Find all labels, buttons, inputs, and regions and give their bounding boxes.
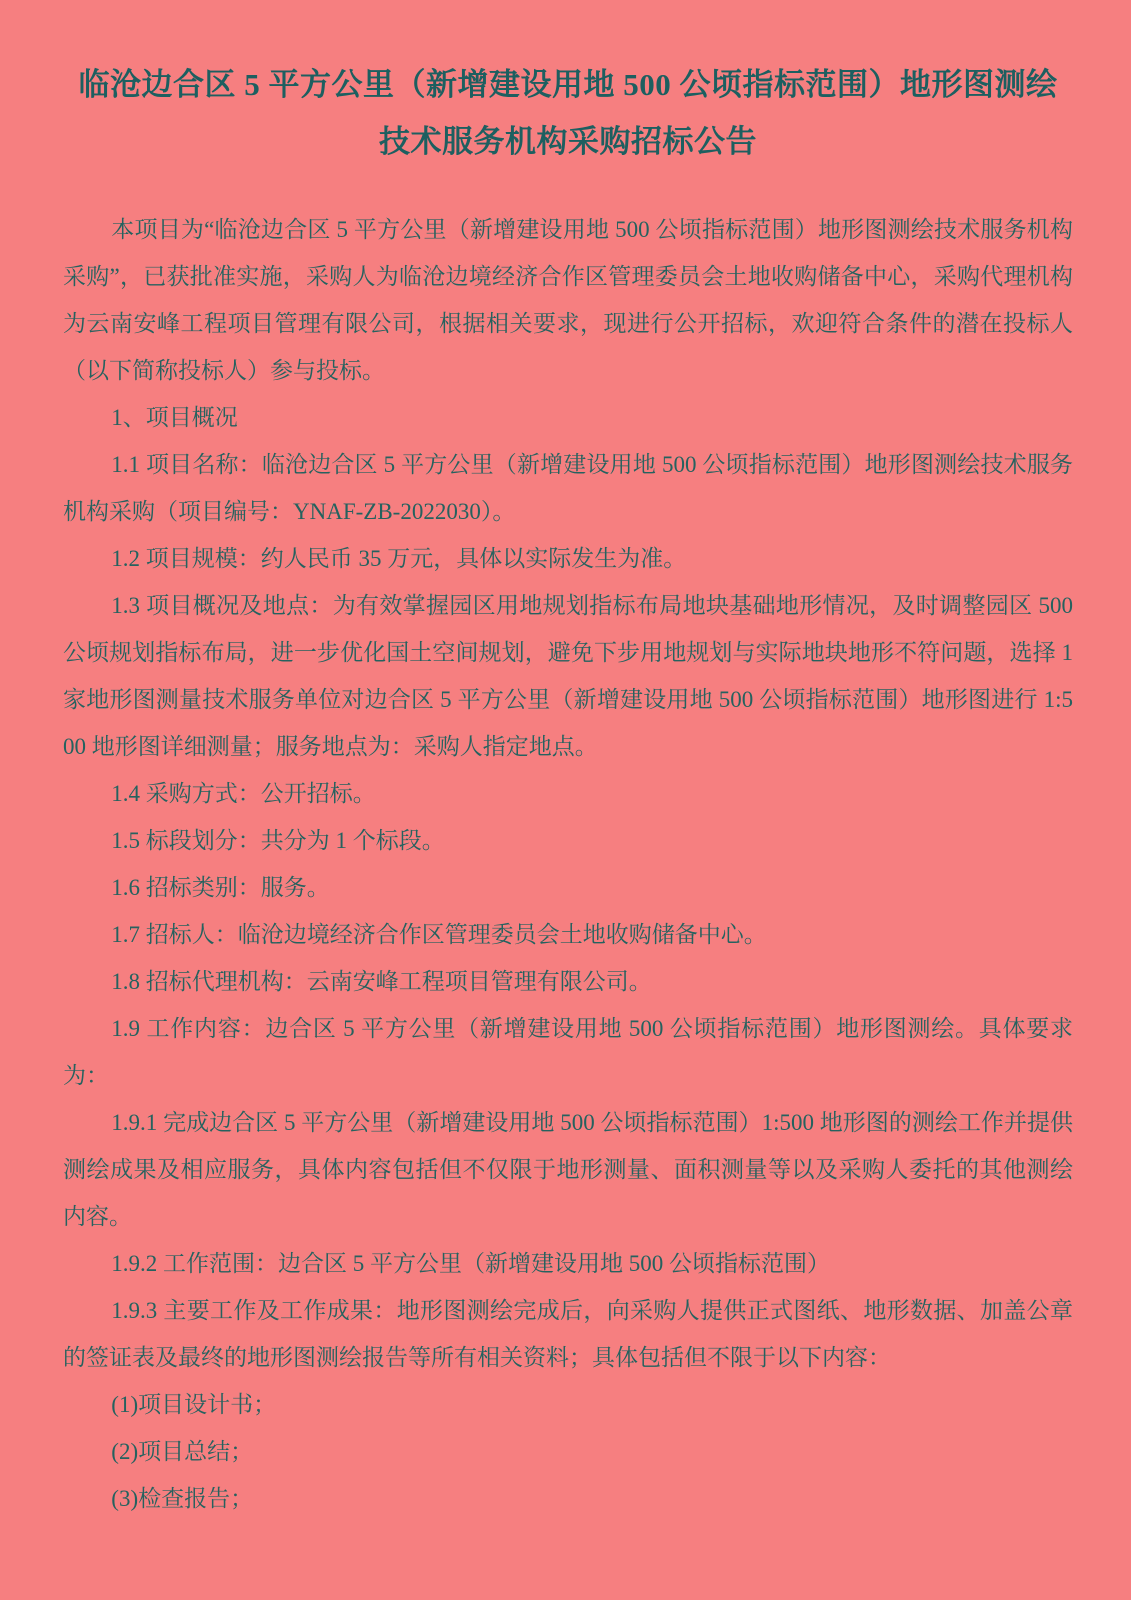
section-heading-overview: 1、项目概况 (63, 394, 1073, 441)
intro-paragraph: 本项目为“临沧边合区 5 平方公里（新增建设用地 500 公顷指标范围）地形图测… (63, 206, 1073, 394)
item-project-scale: 1.2 项目规模：约人民币 35 万元，具体以实际发生为准。 (63, 535, 1073, 582)
item-tender-agency: 1.8 招标代理机构：云南安峰工程项目管理有限公司。 (63, 958, 1073, 1005)
deliverable-project-summary: (2)项目总结； (63, 1428, 1073, 1475)
item-tender-category: 1.6 招标类别：服务。 (63, 864, 1073, 911)
item-tenderer: 1.7 招标人：临沧边境经济合作区管理委员会土地收购储备中心。 (63, 911, 1073, 958)
page-title: 临沧边合区 5 平方公里（新增建设用地 500 公顷指标范围）地形图测绘技术服务… (69, 56, 1067, 170)
item-work-content: 1.9 工作内容：边合区 5 平方公里（新增建设用地 500 公顷指标范围）地形… (63, 1005, 1073, 1099)
document-body: 本项目为“临沧边合区 5 平方公里（新增建设用地 500 公顷指标范围）地形图测… (63, 206, 1073, 1522)
deliverable-design-document: (1)项目设计书； (63, 1381, 1073, 1428)
deliverable-inspection-report: (3)检查报告； (63, 1475, 1073, 1522)
item-procurement-method: 1.4 采购方式：公开招标。 (63, 770, 1073, 817)
item-lot-division: 1.5 标段划分：共分为 1 个标段。 (63, 817, 1073, 864)
item-work-deliverables: 1.9.3 主要工作及工作成果：地形图测绘完成后，向采购人提供正式图纸、地形数据… (63, 1287, 1073, 1381)
item-work-scope: 1.9.2 工作范围：边合区 5 平方公里（新增建设用地 500 公顷指标范围） (63, 1240, 1073, 1287)
item-project-name: 1.1 项目名称：临沧边合区 5 平方公里（新增建设用地 500 公顷指标范围）… (63, 441, 1073, 535)
item-project-location: 1.3 项目概况及地点：为有效掌握园区用地规划指标布局地块基础地形情况，及时调整… (63, 582, 1073, 770)
document-page: 临沧边合区 5 平方公里（新增建设用地 500 公顷指标范围）地形图测绘技术服务… (0, 0, 1131, 1600)
item-work-content-detail: 1.9.1 完成边合区 5 平方公里（新增建设用地 500 公顷指标范围）1:5… (63, 1099, 1073, 1240)
